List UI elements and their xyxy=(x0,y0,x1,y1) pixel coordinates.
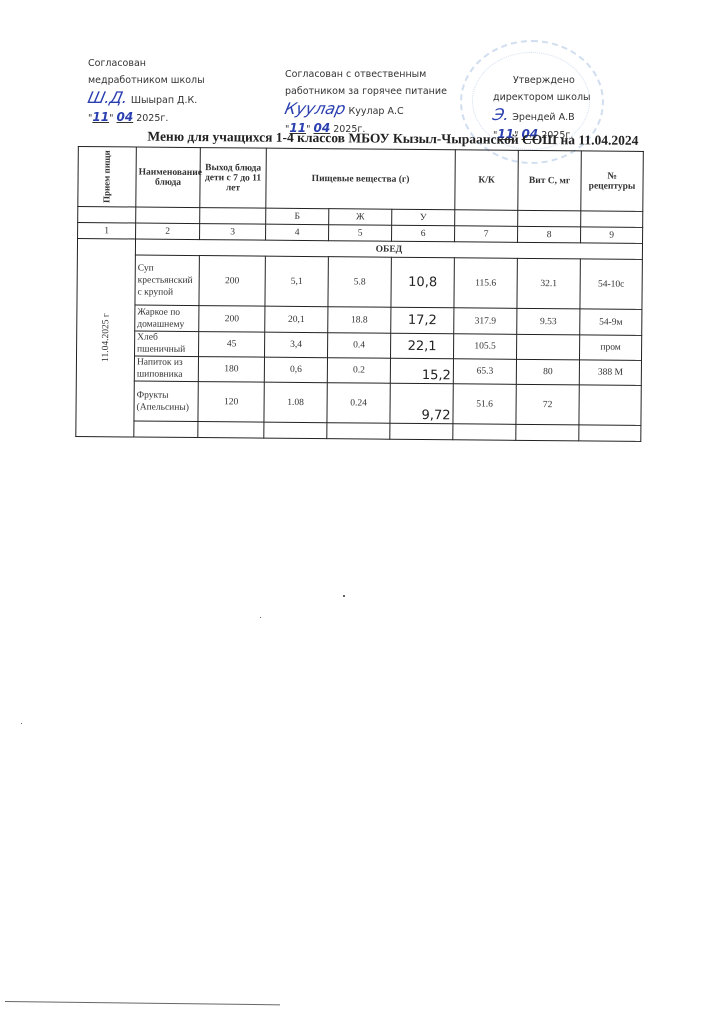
approval-role: медработником школы xyxy=(88,72,205,89)
header-output: Выход блюда дети с 7 до 11 лет xyxy=(200,148,267,209)
header-nutrients: Пищевые вещества (г) xyxy=(266,148,456,210)
header-kcal: К/К xyxy=(455,150,519,211)
approval-label: Утверждено xyxy=(493,72,591,89)
date-cell: 11.04.2025 г xyxy=(76,239,136,437)
signature: Э. xyxy=(491,106,511,123)
scan-speck xyxy=(21,723,22,724)
scan-speck xyxy=(343,595,345,597)
approval-person: Ш.Д. Шыырап Д.К. xyxy=(88,89,205,109)
header-row: Прием пищи Наименование блюда Выход блюд… xyxy=(78,147,644,212)
menu-title: Меню для учащихся 1-4 классов МБОУ Кызыл… xyxy=(138,129,648,149)
approval-hot-meals: Согласован с отвественным работником за … xyxy=(285,66,447,138)
approval-label: Согласован xyxy=(88,55,205,72)
approval-person: Куулар Куулар А.С xyxy=(285,100,447,120)
signature: Куулар xyxy=(283,100,347,117)
header-recipe: № рецептуры xyxy=(581,151,644,212)
approval-label: Согласован с отвественным xyxy=(285,66,447,83)
approval-medical: Согласован медработником школы Ш.Д. Шыыр… xyxy=(88,55,205,127)
table-row: Суп крестьянский с крупой 200 5,1 5.8 10… xyxy=(77,254,642,309)
menu-table: Прием пищи Наименование блюда Выход блюд… xyxy=(75,146,644,442)
header-meal: Прием пищи xyxy=(78,147,137,208)
header-u: У xyxy=(392,209,455,226)
approval-role: директором школы xyxy=(493,89,591,106)
table-row: Фрукты (Апельсины) 120 1.08 0.24 9,72 51… xyxy=(76,380,641,425)
menu-document: Меню для учащихся 1-4 классов МБОУ Кызыл… xyxy=(75,128,648,442)
approval-role: работником за горячее питание xyxy=(285,83,447,100)
signature: Ш.Д. xyxy=(86,89,129,106)
approval-person: Э. Эрендей А.В xyxy=(493,106,591,126)
header-b: Б xyxy=(266,208,329,225)
header-zh: Ж xyxy=(329,209,392,226)
header-vitc: Вит С, мг xyxy=(518,150,582,211)
approval-date: "11" 04 2025г. xyxy=(88,109,205,127)
scan-speck xyxy=(260,617,261,618)
header-dish: Наименование блюда xyxy=(136,147,201,208)
scan-edge-line xyxy=(5,1001,280,1005)
